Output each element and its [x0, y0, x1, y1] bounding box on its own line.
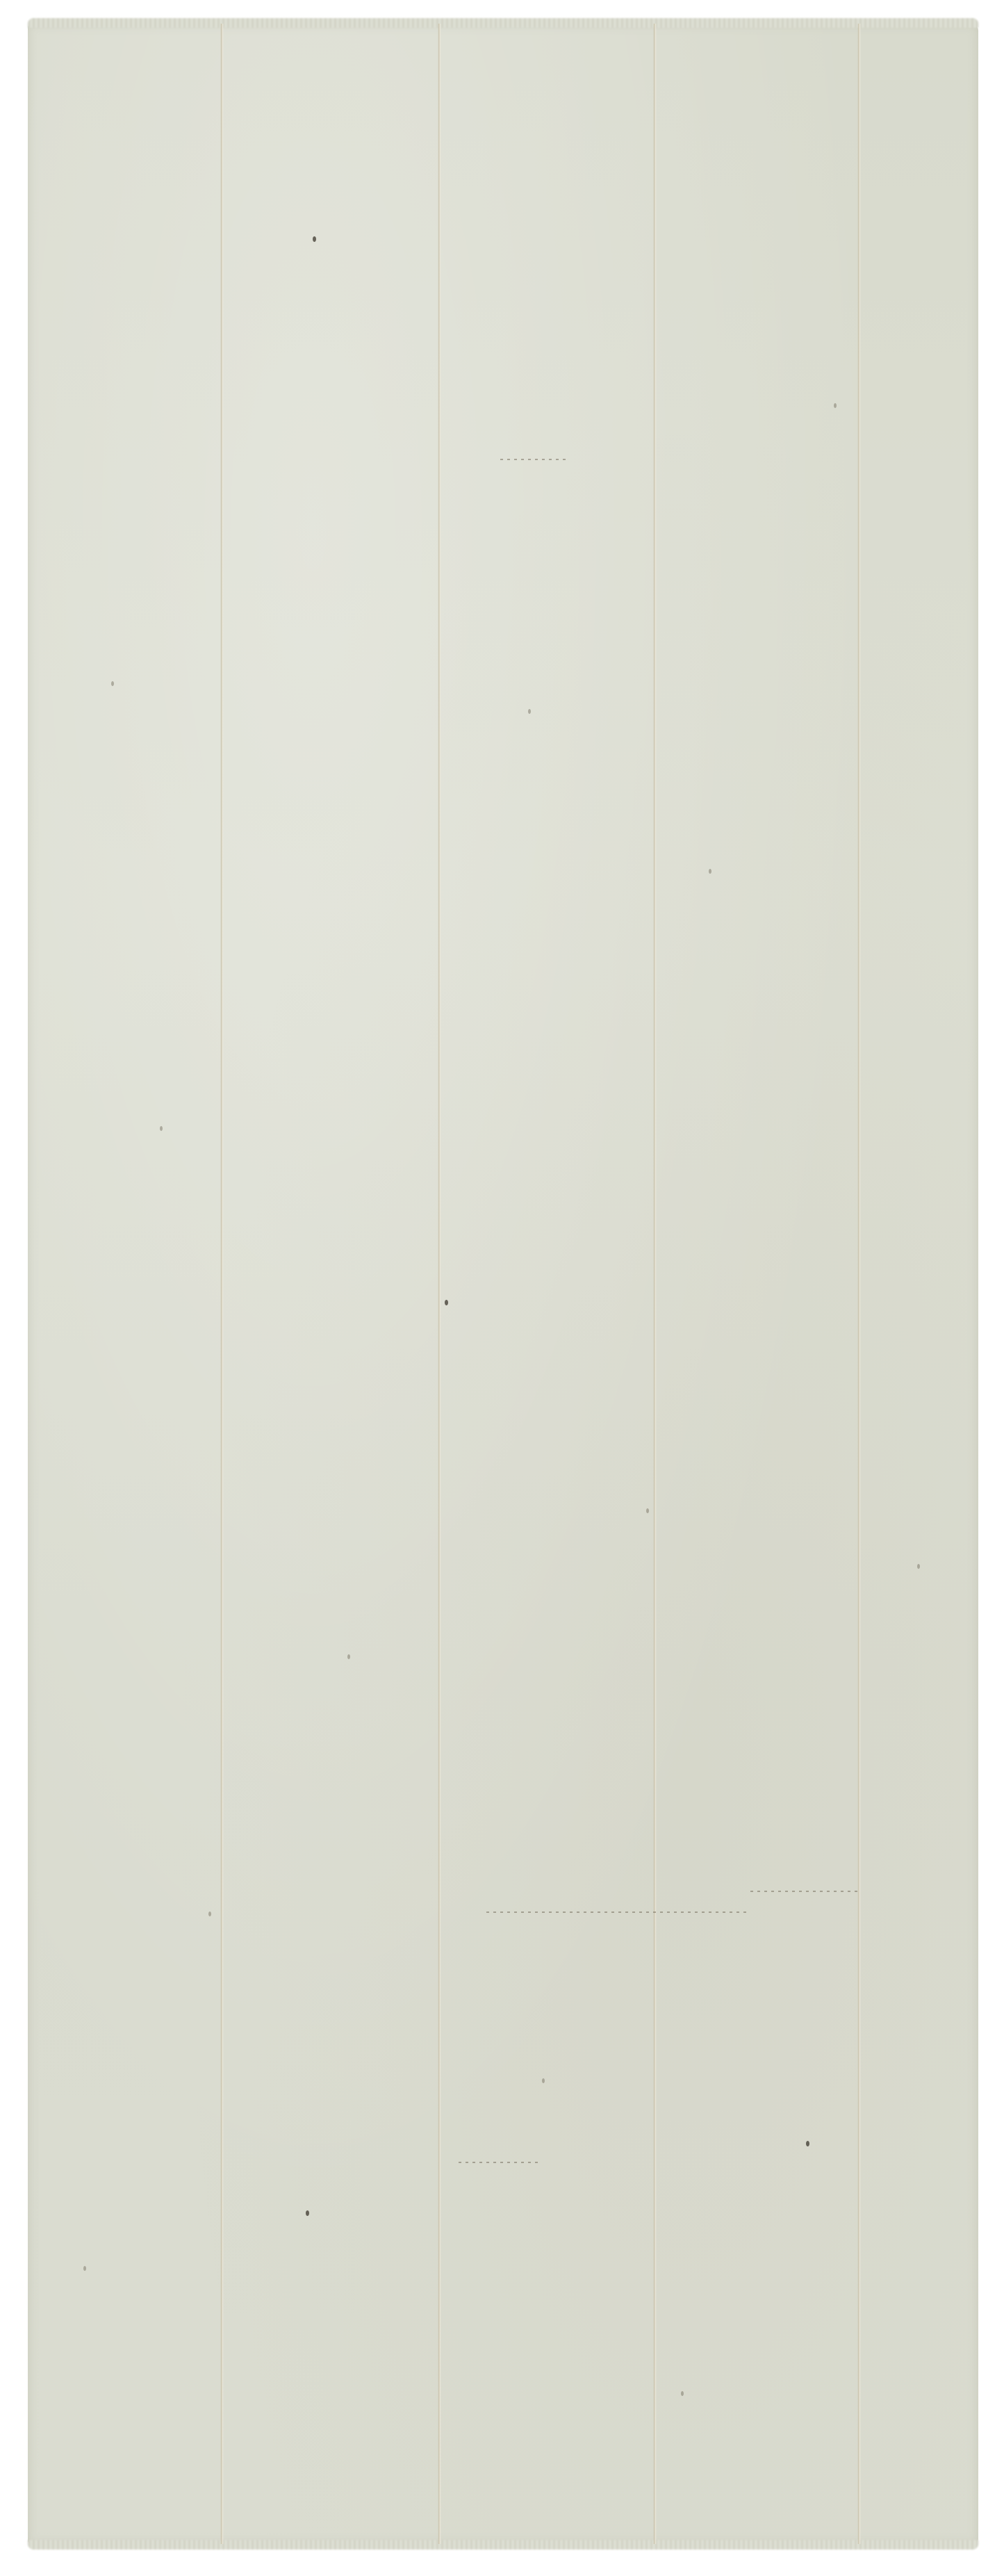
weft-thread-line	[486, 1911, 750, 1913]
fiber-fleck	[445, 1300, 448, 1305]
fiber-fleck	[917, 1564, 920, 1569]
fiber-fleck	[834, 403, 837, 408]
fiber-fleck	[160, 1126, 163, 1131]
rug-top-edge	[28, 18, 978, 28]
fiber-fleck	[347, 1654, 350, 1659]
fiber-fleck	[306, 2210, 309, 2216]
fiber-fleck	[528, 709, 531, 714]
panel-seam	[220, 24, 224, 2544]
weft-thread-line	[750, 1891, 862, 1892]
weft-thread-line	[459, 2162, 542, 2163]
fiber-fleck	[709, 869, 711, 874]
fiber-fleck	[111, 681, 114, 686]
fiber-fleck	[83, 2266, 86, 2271]
fiber-fleck	[806, 2141, 809, 2146]
fiber-fleck	[681, 2391, 684, 2396]
panel-seam	[438, 24, 441, 2544]
panel-seam	[653, 24, 657, 2544]
textile-runner-rug	[28, 24, 978, 2544]
fiber-fleck	[208, 1911, 211, 1916]
panel-seam	[857, 24, 861, 2544]
fiber-fleck	[542, 2078, 545, 2083]
weft-thread-line	[500, 459, 570, 460]
fiber-fleck	[646, 1508, 649, 1513]
rug-bottom-edge	[28, 2540, 978, 2550]
fiber-fleck	[313, 236, 316, 242]
